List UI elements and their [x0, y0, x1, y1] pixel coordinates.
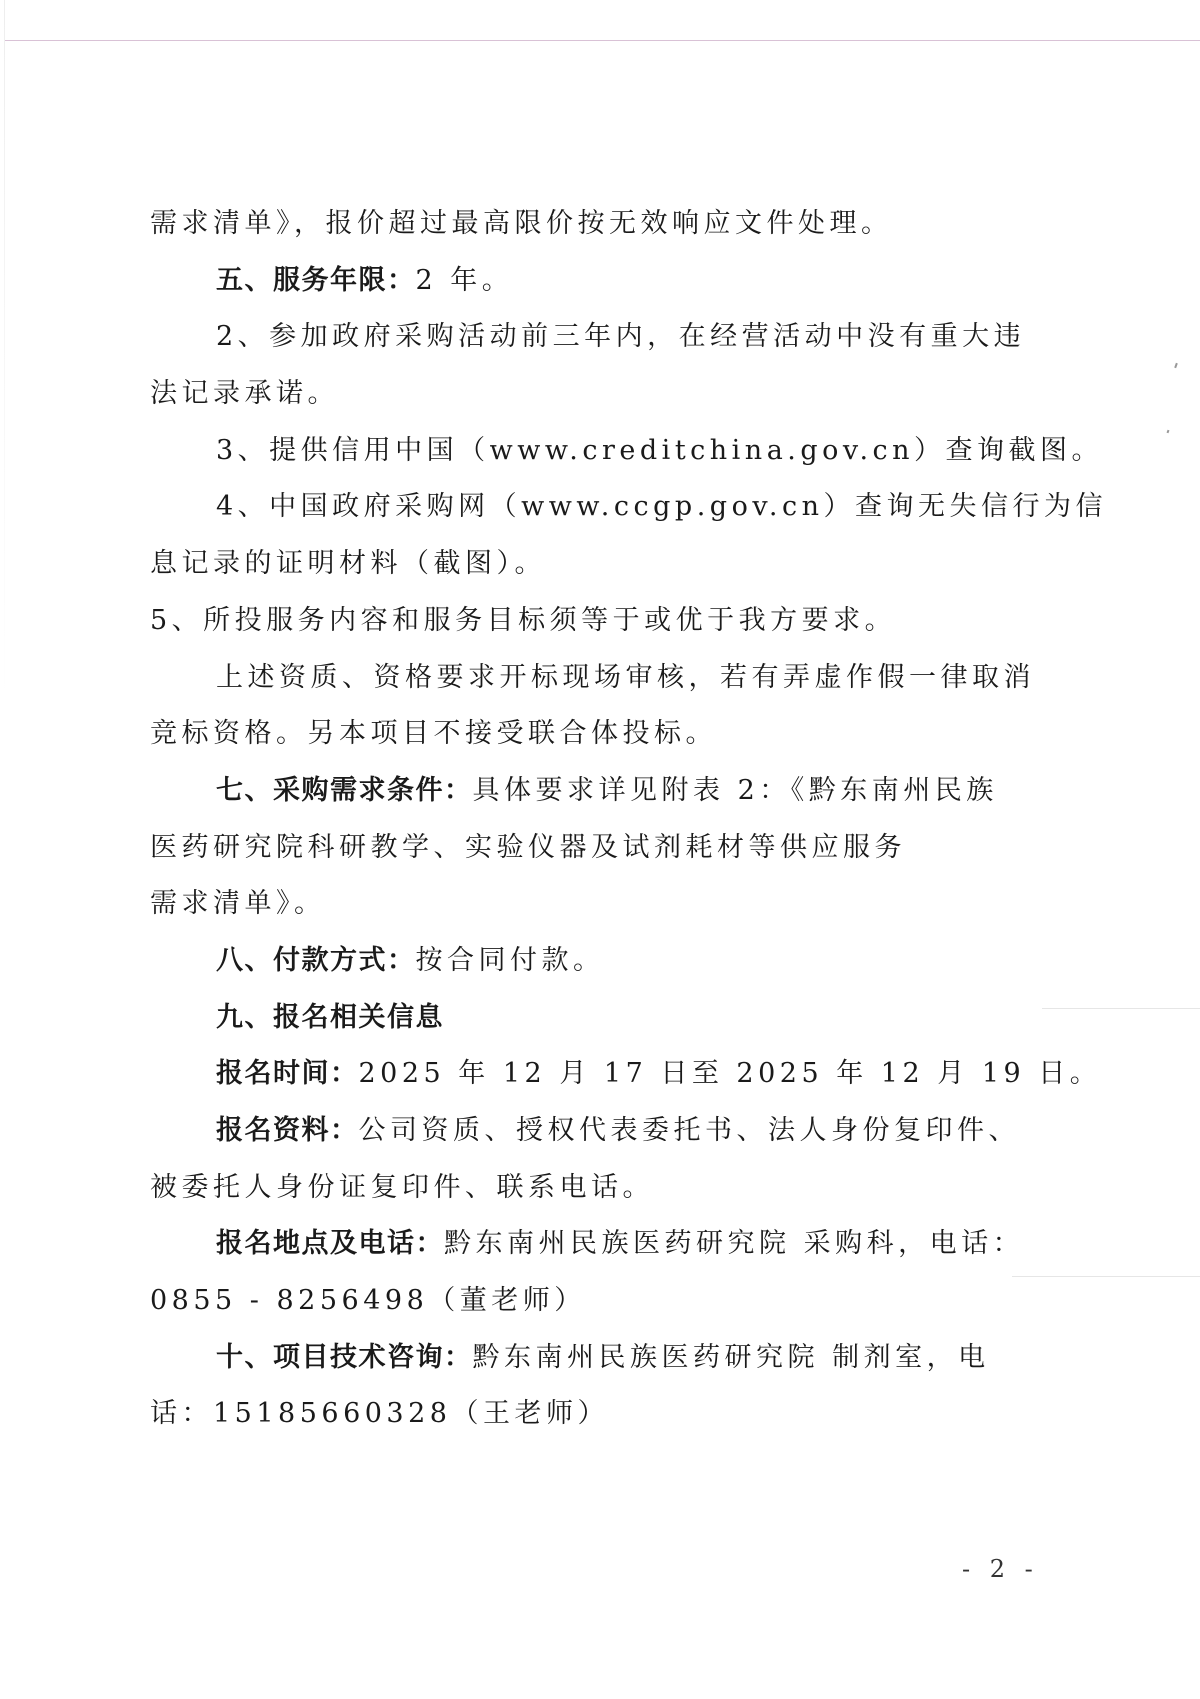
text-line: 3、提供信用中国（www.creditchina.gov.cn）查询截图。 [150, 423, 1045, 480]
line-text: 黔东南州民族医药研究院 采购科，电话： [444, 1228, 1024, 1259]
section-heading: 报名时间： [216, 1058, 359, 1089]
top-rule [4, 40, 1200, 41]
line-text: 4、中国政府采购网（www.ccgp.gov.cn）查询无失信行为信 [216, 491, 1107, 522]
line-text: 需求清单》。 [150, 888, 326, 919]
text-line: 九、报名相关信息 [150, 990, 1045, 1047]
scan-line-artifact [1042, 1008, 1200, 1009]
text-line: 5、所投服务内容和服务目标须等于或优于我方要求。 [150, 593, 1045, 650]
text-line: 法记录承诺。 [150, 366, 1045, 423]
scan-edge [4, 0, 5, 700]
text-line: 需求清单》。 [150, 876, 1045, 933]
text-line: 报名资料：公司资质、授权代表委托书、法人身份复印件、 [150, 1103, 1045, 1160]
text-line: 医药研究院科研教学、实验仪器及试剂耗材等供应服务 [150, 820, 1045, 877]
line-text: 公司资质、授权代表委托书、法人身份复印件、 [359, 1115, 1021, 1146]
line-text: 3、提供信用中国（www.creditchina.gov.cn）查询截图。 [216, 435, 1103, 466]
line-text: 5、所投服务内容和服务目标须等于或优于我方要求。 [150, 605, 896, 636]
line-text: 竞标资格。另本项目不接受联合体投标。 [150, 718, 717, 749]
scan-speck [1167, 430, 1170, 434]
line-text: 2、参加政府采购活动前三年内，在经营活动中没有重大违 [216, 321, 1025, 352]
section-heading: 九、报名相关信息 [216, 1002, 444, 1033]
text-line: 十、项目技术咨询：黔东南州民族医药研究院 制剂室，电 [150, 1330, 1045, 1387]
line-text: 0855 - 8256498（董老师） [150, 1285, 586, 1316]
text-line: 报名地点及电话：黔东南州民族医药研究院 采购科，电话： [150, 1216, 1045, 1273]
line-text: 2 年。 [416, 265, 514, 296]
line-text: 息记录的证明材料（截图）。 [150, 548, 546, 579]
text-line: 被委托人身份证复印件、联系电话。 [150, 1160, 1045, 1217]
text-line: 八、付款方式：按合同付款。 [150, 933, 1045, 990]
text-line: 息记录的证明材料（截图）。 [150, 536, 1045, 593]
line-text: 需求清单》，报价超过最高限价按无效响应文件处理。 [150, 208, 893, 239]
text-line: 话：15185660328（王老师） [150, 1386, 1045, 1443]
line-text: 黔东南州民族医药研究院 制剂室，电 [473, 1342, 990, 1373]
section-heading: 五、服务年限： [216, 265, 416, 296]
section-heading: 八、付款方式： [216, 945, 416, 976]
paragraph-lines: 需求清单》，报价超过最高限价按无效响应文件处理。五、服务年限：2 年。2、参加政… [150, 196, 1045, 1443]
text-line: 七、采购需求条件：具体要求详见附表 2：《黔东南州民族 [150, 763, 1045, 820]
line-text: 法记录承诺。 [150, 378, 339, 409]
text-line: 需求清单》，报价超过最高限价按无效响应文件处理。 [150, 196, 1045, 253]
line-text: 话：15185660328（王老师） [150, 1398, 609, 1429]
section-heading: 报名资料： [216, 1115, 359, 1146]
line-text: 按合同付款。 [416, 945, 605, 976]
text-line: 报名时间：2025 年 12 月 17 日至 2025 年 12 月 19 日。 [150, 1046, 1045, 1103]
line-text: 2025 年 12 月 17 日至 2025 年 12 月 19 日。 [359, 1058, 1102, 1089]
line-text: 具体要求详见附表 2：《黔东南州民族 [473, 775, 998, 806]
text-line: 五、服务年限：2 年。 [150, 253, 1045, 310]
line-text: 医药研究院科研教学、实验仪器及试剂耗材等供应服务 [150, 832, 906, 863]
text-line: 2、参加政府采购活动前三年内，在经营活动中没有重大违 [150, 309, 1045, 366]
text-line: 0855 - 8256498（董老师） [150, 1273, 1045, 1330]
page-number: - 2 - [962, 1555, 1039, 1583]
section-heading: 十、项目技术咨询： [216, 1342, 473, 1373]
text-line: 上述资质、资格要求开标现场审核，若有弄虚作假一律取消 [150, 650, 1045, 707]
text-line: 4、中国政府采购网（www.ccgp.gov.cn）查询无失信行为信 [150, 479, 1045, 536]
text-line: 竞标资格。另本项目不接受联合体投标。 [150, 706, 1045, 763]
section-heading: 报名地点及电话： [216, 1228, 444, 1259]
line-text: 上述资质、资格要求开标现场审核，若有弄虚作假一律取消 [216, 662, 1035, 693]
section-heading: 七、采购需求条件： [216, 775, 473, 806]
line-text: 被委托人身份证复印件、联系电话。 [150, 1172, 654, 1203]
document-body: 需求清单》，报价超过最高限价按无效响应文件处理。五、服务年限：2 年。2、参加政… [150, 196, 1045, 1443]
scan-speck [1174, 363, 1178, 368]
